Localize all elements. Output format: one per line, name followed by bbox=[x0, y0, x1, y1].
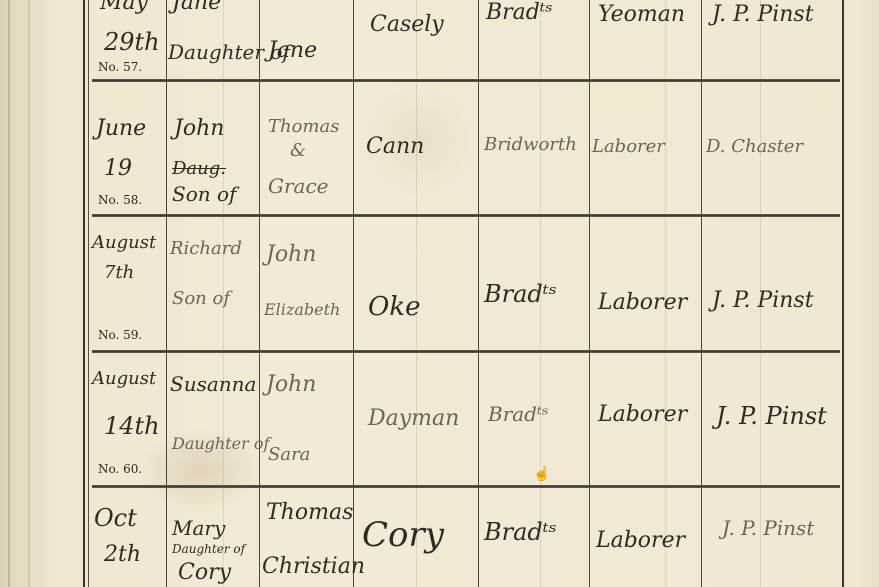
child-surname: Cory bbox=[178, 562, 231, 584]
entry-date-day: 29th bbox=[104, 30, 160, 54]
abode: Bridworth bbox=[484, 136, 577, 154]
binding-gutter-line bbox=[28, 0, 30, 587]
binding-gutter-line bbox=[8, 0, 10, 587]
abode: Bradᵗˢ bbox=[488, 404, 549, 424]
child-name: Richard bbox=[170, 240, 242, 258]
entry-date-day: 7th bbox=[104, 264, 134, 282]
surname: Casely bbox=[370, 14, 444, 36]
officiant: J. P. Pinst bbox=[716, 404, 827, 428]
entry-date-month: August bbox=[92, 370, 156, 388]
parents-father: John bbox=[266, 244, 316, 266]
row-rule bbox=[92, 79, 840, 82]
parents-mother: Sara bbox=[268, 446, 310, 464]
child-name: Jane bbox=[172, 0, 221, 14]
entry-date-month: May bbox=[100, 0, 148, 14]
surname: Cann bbox=[366, 136, 424, 158]
entry-date-day: 14th bbox=[104, 414, 160, 438]
child-relation: Daughter of bbox=[172, 436, 269, 452]
entry-number: No. 58. bbox=[98, 193, 142, 207]
entry-date-day: 19 bbox=[104, 158, 132, 180]
parents-mother: Elizabeth bbox=[264, 302, 340, 318]
table-left-border-inner bbox=[88, 0, 89, 587]
profession: Yeoman bbox=[598, 4, 685, 26]
column-rule bbox=[353, 0, 354, 587]
parents-father: John bbox=[266, 374, 316, 396]
child-name: John bbox=[174, 118, 224, 140]
table-right-border bbox=[842, 0, 844, 587]
parents-mother: Grace bbox=[268, 176, 329, 196]
entry-date-month: August bbox=[92, 234, 156, 252]
entry-date-month: June bbox=[96, 118, 146, 140]
parents-father: Thomas bbox=[268, 118, 339, 136]
surname: Oke bbox=[368, 294, 420, 320]
table-left-border bbox=[83, 0, 85, 587]
hand-pointer-icon: ☝ bbox=[533, 466, 547, 482]
column-rule bbox=[478, 0, 479, 587]
entry-number: No. 57. bbox=[98, 60, 142, 74]
parents-father: Thomas bbox=[266, 502, 353, 524]
abode: Bradᵗˢ bbox=[484, 520, 557, 544]
column-rule bbox=[166, 0, 167, 587]
profession: Laborer bbox=[592, 138, 665, 156]
officiant: J. P. Pinst bbox=[712, 290, 814, 312]
profession: Laborer bbox=[596, 530, 685, 552]
parents-mother: Christian bbox=[262, 556, 365, 578]
child-relation: Son of bbox=[172, 290, 230, 308]
entry-date-month: Oct bbox=[94, 506, 137, 530]
row-rule bbox=[92, 214, 840, 217]
row-rule bbox=[92, 350, 840, 353]
entry-number: No. 59. bbox=[98, 328, 142, 342]
column-rule bbox=[259, 0, 260, 587]
surname: Dayman bbox=[368, 408, 459, 430]
child-name: Susanna bbox=[170, 374, 256, 394]
entry-date-day: 2th bbox=[104, 544, 141, 566]
officiant: D. Chaster bbox=[706, 138, 803, 156]
abode: Bradᵗˢ bbox=[484, 282, 557, 306]
child-relation-struck: Daug. bbox=[172, 160, 226, 178]
column-rule bbox=[589, 0, 590, 587]
profession: Laborer bbox=[598, 292, 687, 314]
entry-number: No. 60. bbox=[98, 462, 142, 476]
officiant: J. P. Pinst bbox=[722, 518, 814, 538]
profession: Laborer bbox=[598, 404, 687, 426]
abode: Bradᵗˢ bbox=[486, 2, 553, 24]
row-rule bbox=[92, 485, 840, 488]
parents-ampersand: & bbox=[290, 142, 306, 160]
parents-names: Jane bbox=[268, 40, 317, 62]
child-relation: Daughter of bbox=[172, 543, 245, 555]
child-relation: Son of bbox=[172, 184, 236, 204]
register-page: May 29th No. 57. Jane Daughter of Jane C… bbox=[0, 0, 879, 587]
child-name: Mary bbox=[172, 518, 225, 538]
officiant: J. P. Pinst bbox=[712, 4, 814, 26]
surname: Cory bbox=[362, 518, 444, 552]
column-rule bbox=[701, 0, 702, 587]
